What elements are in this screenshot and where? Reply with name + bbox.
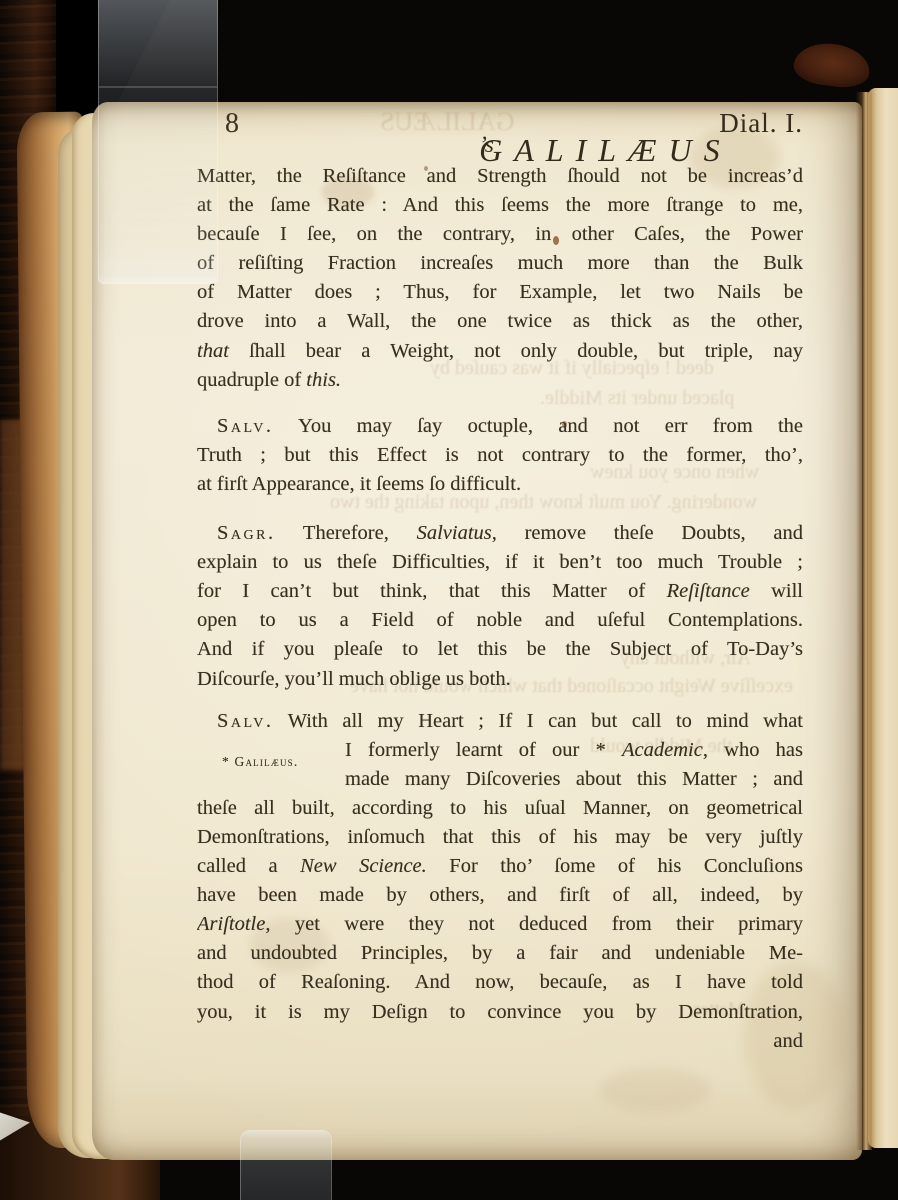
- text-line: of Matter does ; Thus, for Example, let …: [197, 278, 803, 307]
- text-line: Salv. With all my Heart ; If I can but c…: [197, 707, 803, 736]
- page-number: 8: [225, 108, 239, 140]
- paragraph: Matter, the Reſiſtance and Strength ſhou…: [197, 162, 803, 395]
- text-segment: will: [750, 580, 803, 602]
- text-segment: for I can’t but think, that this Matter …: [197, 580, 667, 602]
- text-line: Sagr. Therefore, Salviatus, remove theſe…: [197, 519, 803, 548]
- text-line: at the ſame Rate : And this ſeems the mo…: [197, 191, 803, 220]
- text-segment: Diſcourſe, you’ll much oblige us both.: [197, 668, 511, 690]
- text-segment: With all my Heart ; If I can but call to…: [274, 710, 803, 732]
- text-segment: becauſe I ſee, on the contrary, in other…: [197, 223, 803, 245]
- text-line: Matter, the Reſiſtance and Strength ſhou…: [197, 162, 803, 191]
- text-line: open to us a Field of noble and uſeful C…: [197, 606, 803, 635]
- text-segment: Truth ; but this Effect is not contrary …: [197, 444, 803, 466]
- catchword-line: and: [197, 1027, 803, 1056]
- paragraph: Sagr. Therefore, Salviatus, remove theſe…: [197, 519, 803, 694]
- text-segment: that: [197, 340, 229, 362]
- text-segment: Salviatus: [417, 522, 492, 544]
- text-line: explain to us theſe Difficulties, if it …: [197, 548, 803, 577]
- text-segment: You may ſay octuple, and not err from th…: [274, 415, 803, 437]
- text-segment: at firſt Appearance, it ſeems ſo difficu…: [197, 473, 521, 495]
- text-segment: I formerly learnt of our *: [345, 739, 622, 761]
- text-line: made many Diſcoveries about this Matter …: [345, 765, 803, 794]
- text-segment: thod of Reaſoning. And now, becauſe, as …: [197, 971, 803, 993]
- text-line: thod of Reaſoning. And now, becauſe, as …: [197, 968, 803, 997]
- text-segment: at the ſame Rate : And this ſeems the mo…: [197, 194, 803, 216]
- text-segment: this.: [306, 369, 341, 391]
- text-segment: Ariſtotle: [197, 913, 265, 935]
- text-segment: Therefore,: [276, 522, 417, 544]
- film-strap-top: [98, 0, 218, 284]
- text-segment: Matter, the Reſiſtance and Strength ſhou…: [197, 165, 803, 187]
- text-segment: have been made by others, and firſt of a…: [197, 884, 803, 906]
- paragraph: Salv. You may ſay octuple, and not err f…: [197, 412, 803, 499]
- text-line: called a New Science. For tho’ ſome of h…: [197, 852, 803, 881]
- text-line: becauſe I ſee, on the contrary, in other…: [197, 220, 803, 249]
- text-segment: For tho’ ſome of his Concluſions: [427, 855, 803, 877]
- text-line: Demonſtrations, inſomuch that this of hi…: [197, 823, 803, 852]
- text-segment: ſhall bear a Weight, not only double, bu…: [229, 340, 803, 362]
- text-line: at firſt Appearance, it ſeems ſo difficu…: [197, 470, 803, 499]
- text-line: of reſiſting Fraction increaſes much mor…: [197, 249, 803, 278]
- text-line: Diſcourſe, you’ll much oblige us both.: [197, 665, 803, 694]
- text-block: Matter, the Reſiſtance and Strength ſhou…: [197, 162, 803, 1056]
- text-segment: called a: [197, 855, 300, 877]
- text-segment: Academic: [622, 739, 703, 761]
- text-line: have been made by others, and firſt of a…: [197, 881, 803, 910]
- text-segment: of reſiſting Fraction increaſes much mor…: [197, 252, 803, 274]
- text-line: you, it is my Deſign to convince you by …: [197, 998, 803, 1027]
- text-line: Salv. You may ſay octuple, and not err f…: [197, 412, 803, 441]
- film-strap-bottom: [240, 1130, 332, 1200]
- text-line: that ſhall bear a Weight, not only doubl…: [197, 337, 803, 366]
- text-line: And if you pleaſe to let this be the Sub…: [197, 635, 803, 664]
- text-segment: explain to us theſe Difficulties, if it …: [197, 551, 803, 573]
- text-segment: New Science.: [300, 855, 427, 877]
- text-line: theſe all built, according to his uſual …: [197, 794, 803, 823]
- text-segment: and: [773, 1030, 803, 1052]
- text-segment: and undoubted Principles, by a fair and …: [197, 942, 803, 964]
- text-segment: And if you pleaſe to let this be the Sub…: [197, 638, 803, 660]
- text-segment: quadruple of: [197, 369, 306, 391]
- text-line: quadruple of this.: [197, 366, 803, 395]
- text-segment: you, it is my Deſign to convince you by …: [197, 1001, 803, 1023]
- text-segment: , remove theſe Doubts, and: [492, 522, 803, 544]
- text-line: Ariſtotle, yet were they not deduced fro…: [197, 910, 803, 939]
- text-segment: Salv.: [217, 415, 274, 437]
- text-segment: Salv.: [217, 710, 274, 732]
- text-segment: Sagr.: [217, 522, 276, 544]
- text-line: I formerly learnt of our * Academic, who…: [345, 736, 803, 765]
- text-line: for I can’t but think, that this Matter …: [197, 577, 803, 606]
- text-segment: made many Diſcoveries about this Matter …: [345, 768, 803, 790]
- text-line: Truth ; but this Effect is not contrary …: [197, 441, 803, 470]
- text-line: drove into a Wall, the one twice as thic…: [197, 307, 803, 336]
- running-header: 8 GALILÆUS’s Dial. I.: [197, 108, 803, 152]
- text-segment: theſe all built, according to his uſual …: [197, 797, 803, 819]
- text-segment: Demonſtrations, inſomuch that this of hi…: [197, 826, 803, 848]
- section-label: Dial. I.: [719, 108, 803, 139]
- text-segment: , yet were they not deduced from their p…: [265, 913, 803, 935]
- text-segment: , who has: [703, 739, 803, 761]
- text-segment: drove into a Wall, the one twice as thic…: [197, 310, 803, 332]
- running-title-suffix: ’s: [479, 132, 495, 158]
- book-photo: GALILÆUSdeed ! eſpecially if it was cauſ…: [0, 0, 898, 1200]
- text-segment: Reſiſtance: [667, 580, 750, 602]
- text-line: and undoubted Principles, by a fair and …: [197, 939, 803, 968]
- side-note: * Galilæus.: [222, 754, 342, 770]
- text-segment: open to us a Field of noble and uſeful C…: [197, 609, 803, 631]
- text-segment: of Matter does ; Thus, for Example, let …: [197, 281, 803, 303]
